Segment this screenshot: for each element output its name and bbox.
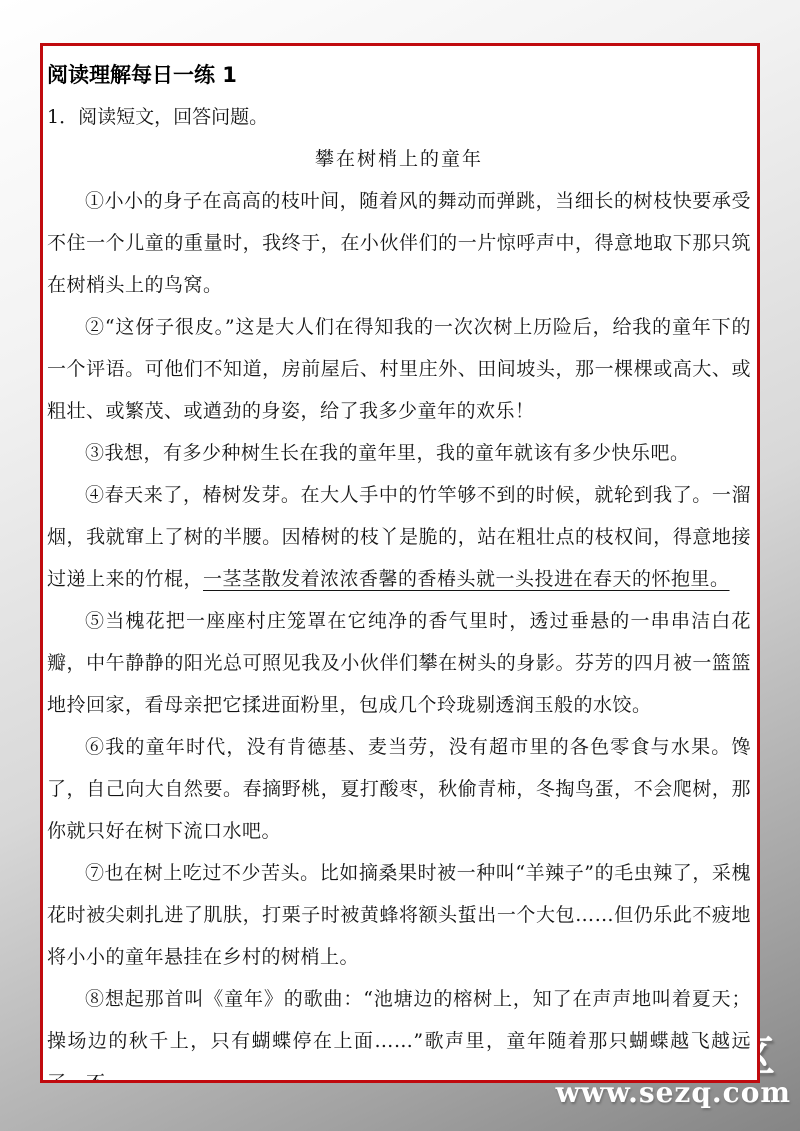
paragraph-text: ⑤当槐花把一座座村庄笼罩在它纯净的香气里时，透过垂悬的一串串洁白花瓣，中午静静的… <box>47 610 751 716</box>
essay-paragraph-5: ⑤当槐花把一座座村庄笼罩在它纯净的香气里时，透过垂悬的一串串洁白花瓣，中午静静的… <box>47 600 751 726</box>
worksheet-heading: 阅读理解每日一练 1 <box>47 54 751 96</box>
paragraph-text: ①小小的身子在高高的枝叶间，随着风的舞动而弹跳，当细长的树枝快要承受不住一个儿童… <box>47 190 751 296</box>
essay-paragraph-2: ②“这伢子很皮。”这是大人们在得知我的一次次树上历险后，给我的童年下的一个评语。… <box>47 306 751 432</box>
essay-paragraph-4: ④春天来了，椿树发芽。在大人手中的竹竿够不到的时候，就轮到我了。一溜烟，我就窜上… <box>47 474 751 600</box>
essay-paragraph-7: ⑦也在树上吃过不少苦头。比如摘桑果时被一种叫“羊辣子”的毛虫辣了，采槐花时被尖刺… <box>47 852 751 978</box>
essay-paragraph-8: ⑧想起那首叫《童年》的歌曲：“池塘边的榕树上，知了在声声地叫着夏天；操场边的秋千… <box>47 978 751 1083</box>
paragraph-text: ⑥我的童年时代，没有肯德基、麦当劳，没有超市里的各色零食与水果。馋了，自己向大自… <box>47 736 751 842</box>
paragraph-text: ⑦也在树上吃过不少苦头。比如摘桑果时被一种叫“羊辣子”的毛虫辣了，采槐花时被尖刺… <box>47 862 751 968</box>
essay-paragraph-1: ①小小的身子在高高的枝叶间，随着风的舞动而弹跳，当细长的树枝快要承受不住一个儿童… <box>47 180 751 306</box>
worksheet-page: 阅读理解每日一练 1 1．阅读短文，回答问题。 攀在树梢上的童年 ①小小的身子在… <box>40 43 760 1083</box>
essay-paragraph-3: ③我想，有多少种树生长在我的童年里，我的童年就该有多少快乐吧。 <box>47 432 751 474</box>
page-background: { "worksheet": { "heading": "阅读理解每日一练 1"… <box>0 0 800 1131</box>
paragraph-text: ②“这伢子很皮。”这是大人们在得知我的一次次树上历险后，给我的童年下的一个评语。… <box>47 316 751 422</box>
watermark-url: www.sezq.com <box>391 1079 791 1107</box>
paragraph-text: ③我想，有多少种树生长在我的童年里，我的童年就该有多少快乐吧。 <box>85 442 690 464</box>
essay-paragraph-6: ⑥我的童年时代，没有肯德基、麦当劳，没有超市里的各色零食与水果。馋了，自己向大自… <box>47 726 751 852</box>
paragraph-text: ⑧想起那首叫《童年》的歌曲：“池塘边的榕树上，知了在声声地叫着夏天；操场边的秋千… <box>47 988 751 1083</box>
underlined-sentence: 一茎茎散发着浓浓香馨的香椿头就一头投进在春天的怀抱里。 <box>203 568 730 590</box>
essay-title: 攀在树梢上的童年 <box>47 138 751 180</box>
instruction-text: 1．阅读短文，回答问题。 <box>47 96 751 138</box>
